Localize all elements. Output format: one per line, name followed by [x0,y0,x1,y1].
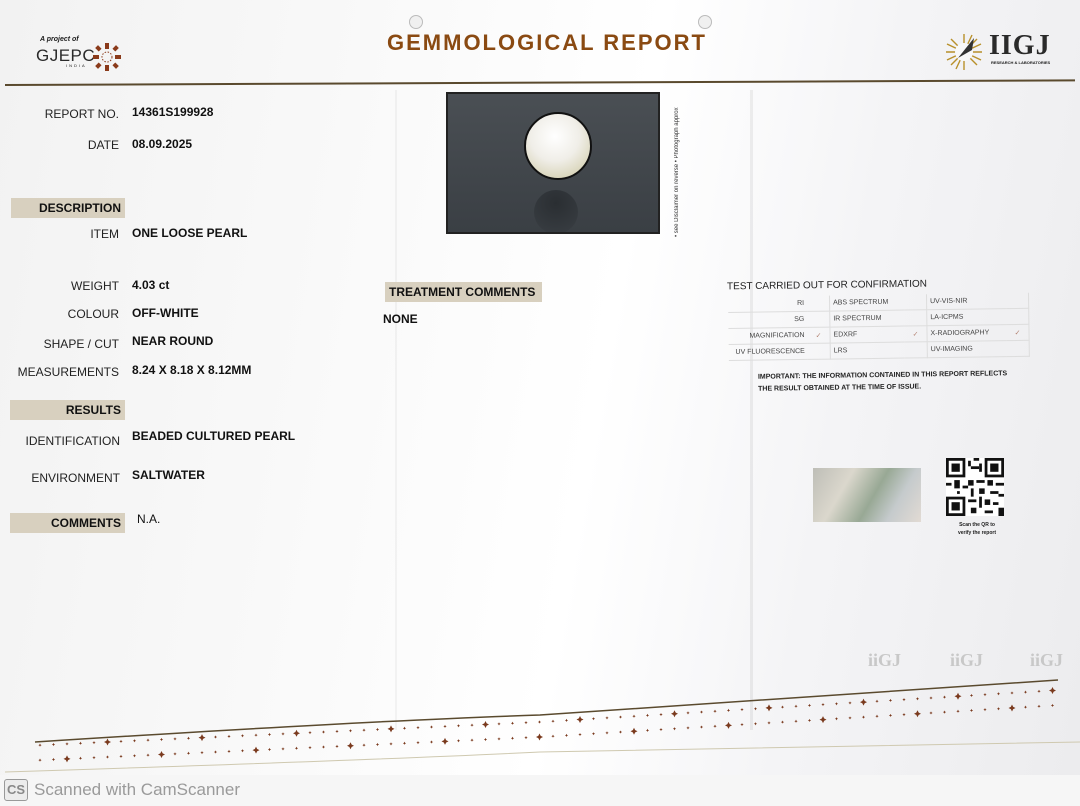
test-name: UV-IMAGING [927,341,1007,358]
gjepc-emblem-icon [92,42,122,72]
check-icon [808,343,831,359]
environment-label: ENVIRONMENT [31,471,120,485]
report-no-value: 14361S199928 [132,105,213,119]
check-icon [807,311,830,327]
watermark: iiGJ [950,650,983,671]
comments-value: N.A. [137,512,160,526]
date-value: 08.09.2025 [132,137,192,151]
colour-label: COLOUR [68,307,119,321]
watermark: iiGJ [1030,650,1063,671]
watermark: iiGJ [868,650,901,671]
test-name: LRS [830,342,905,359]
header-divider [5,79,1075,86]
fold-line [395,90,397,730]
shape-label: SHAPE / CUT [44,337,119,351]
test-name: ABS SPECTRUM [829,295,904,312]
identification-value: BEADED CULTURED PEARL [132,429,295,443]
iigj-name: IIGJ [989,30,1051,62]
test-name: UV FLUORESCENCE [729,343,808,360]
test-name: EDXRF [830,326,905,343]
sunburst-icon [944,32,984,72]
fold-line [750,90,753,730]
check-icon [904,294,927,310]
measurements-label: MEASUREMENTS [18,365,119,379]
test-name: IR SPECTRUM [830,310,905,327]
check-icon: ✓ [807,327,830,343]
iigj-subtitle: RESEARCH & LABORATORIES [991,60,1050,65]
pearl-photograph [446,92,660,234]
check-icon [807,296,830,312]
shape-value: NEAR ROUND [132,334,213,348]
check-icon [1007,340,1030,356]
check-icon [905,342,928,358]
iigj-logo: IIGJ RESEARCH & LABORATORIES [944,26,1074,76]
camscanner-icon: CS [4,779,28,801]
date-label: DATE [88,138,119,152]
qr-code-icon[interactable] [946,458,1004,516]
test-name: SG [728,311,807,328]
check-icon [1006,293,1029,309]
pearl-image [524,112,592,180]
test-name: UV-VIS-NIR [926,293,1006,310]
test-name: RI [728,296,807,313]
results-heading: RESULTS [10,400,125,420]
check-icon: ✓ [1006,324,1029,340]
treatment-heading: TREATMENT COMMENTS [385,282,542,302]
test-name: MAGNIFICATION [728,327,807,344]
report-no-label: REPORT NO. [45,107,119,121]
logo-tagline: A project of [40,36,79,43]
identification-label: IDENTIFICATION [26,434,120,448]
camscanner-text: Scanned with CamScanner [34,780,240,800]
tests-table: RIABS SPECTRUMUV-VIS-NIRSGIR SPECTRUMLA-… [728,293,1030,361]
qr-caption: Scan the QR to verify the report [957,521,997,537]
colour-value: OFF-WHITE [132,306,199,320]
report-title: GEMMOLOGICAL REPORT [387,30,707,56]
environment-value: SALTWATER [132,468,205,482]
punch-hole [698,15,712,29]
pearl-reflection [534,190,578,234]
check-icon [904,310,927,326]
weight-value: 4.03 ct [132,278,169,292]
report-sheet: A project of GJEPC INDIA GEMMOLOGICAL RE… [0,0,1080,775]
test-name: LA-ICPMS [927,309,1007,326]
comments-heading: COMMENTS [10,513,125,533]
check-icon [1006,308,1029,324]
check-icon: ✓ [904,326,927,342]
tests-row: UV FLUORESCENCELRSUV-IMAGING [729,340,1030,360]
important-notice: IMPORTANT: THE INFORMATION CONTAINED IN … [758,368,1008,395]
photo-caption: • see Disclaimer on reverse • Photograph… [674,92,684,237]
punch-hole [409,15,423,29]
test-name: X-RADIOGRAPHY [927,325,1007,342]
tests-title: TEST CARRIED OUT FOR CONFIRMATION [727,279,927,293]
hologram-sticker [813,468,921,522]
description-heading: DESCRIPTION [11,198,125,218]
scanner-footer: CS Scanned with CamScanner [4,778,240,802]
weight-label: WEIGHT [71,279,119,293]
item-value: ONE LOOSE PEARL [132,226,247,240]
measurements-value: 8.24 X 8.18 X 8.12MM [132,363,251,377]
logo-country: INDIA [66,63,87,68]
item-label: ITEM [90,227,119,241]
treatment-value: NONE [383,312,418,326]
